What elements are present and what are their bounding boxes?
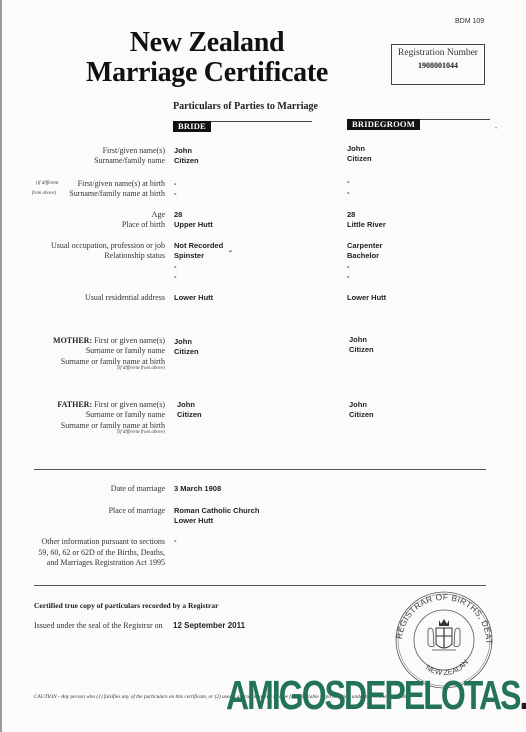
bride-column-header: BRIDE	[173, 121, 211, 132]
groom-first-names-birth: -	[347, 177, 350, 188]
groom-father-first: John	[349, 400, 367, 411]
watermark-part-1: AMIGOSDEPELOTAS	[226, 672, 520, 718]
label-father-surname: Surname or family name	[0, 410, 165, 421]
bride-first-names: John	[174, 146, 192, 157]
registration-box: Registration Number 1908001044	[391, 44, 485, 85]
groom-first-names: John	[347, 144, 365, 155]
groom-relationship-status: Bachelor	[347, 251, 379, 262]
father-heading: FATHER:	[57, 400, 92, 409]
certificate-title: New Zealand Marriage Certificate	[62, 28, 352, 88]
divider-marriage	[34, 469, 486, 470]
watermark: AMIGOSDEPELOTAS.COM	[226, 673, 526, 717]
father-note: (if different from above)	[0, 428, 165, 439]
bride-surname: Citizen	[174, 156, 199, 167]
label-date-of-marriage: Date of marriage	[0, 484, 165, 495]
title-line-1: New Zealand	[62, 28, 352, 58]
registration-label: Registration Number	[392, 48, 484, 58]
mark-dot: •	[495, 126, 497, 132]
bride-mother-first: John	[174, 337, 192, 348]
issued-date: 12 September 2011	[173, 621, 245, 630]
groom-mother-first: John	[349, 335, 367, 346]
place-of-marriage-line2: Lower Hutt	[174, 516, 213, 527]
groom-surname-birth: -	[347, 188, 350, 199]
mother-first-label: First or given name(s)	[94, 336, 165, 345]
place-of-marriage-line1: Roman Catholic Church	[174, 506, 259, 517]
mother-heading: MOTHER:	[53, 336, 92, 345]
label-surname: Surname/family name	[0, 156, 165, 167]
groom-age: 28	[347, 210, 355, 221]
groom-surname: Citizen	[347, 154, 372, 165]
title-line-2: Marriage Certificate	[62, 58, 352, 88]
divider-footer	[34, 585, 486, 586]
label-other-info-3: and Marriages Registration Act 1995	[0, 558, 165, 569]
groom-extra-1: -	[347, 262, 350, 273]
bride-place-of-birth: Upper Hutt	[174, 220, 213, 231]
label-place-of-marriage: Place of marriage	[0, 506, 165, 517]
bridegroom-column-header: BRIDEGROOM	[347, 119, 420, 130]
groom-mother-surname: Citizen	[349, 345, 374, 356]
issued-label: Issued under the seal of the Registrar o…	[34, 621, 163, 630]
groom-father-surname: Citizen	[349, 410, 374, 421]
label-father-first: FATHER: First or given name(s)	[0, 400, 165, 411]
bride-extra-2: -	[174, 272, 177, 283]
stray-mark: "	[229, 249, 232, 260]
label-occupation: Usual occupation, profession or job	[0, 241, 165, 252]
bride-relationship-status: Spinster	[174, 251, 204, 262]
watermark-part-2: .COM	[520, 672, 526, 718]
bride-extra-1: -	[174, 262, 177, 273]
groom-residential-address: Lower Hutt	[347, 293, 386, 304]
form-code: BDM 109	[455, 18, 484, 25]
date-of-marriage: 3 March 1908	[174, 484, 221, 495]
groom-extra-2: -	[347, 272, 350, 283]
label-other-info-1: Other information pursuant to sections	[0, 537, 165, 548]
bride-age: 28	[174, 210, 182, 221]
label-mother-surname: Surname or family name	[0, 346, 165, 357]
label-residential-address: Usual residential address	[0, 293, 165, 304]
bride-father-surname: Citizen	[177, 410, 202, 421]
bride-first-names-birth: -	[174, 179, 177, 190]
groom-occupation: Carpenter	[347, 241, 382, 252]
mother-note: (if different from above)	[0, 364, 165, 375]
bride-father-first: John	[177, 400, 195, 411]
label-mother-first: MOTHER: First or given name(s)	[0, 336, 165, 347]
other-info-value: -	[174, 536, 177, 547]
bride-occupation: Not Recorded	[174, 241, 223, 252]
section-title: Particulars of Parties to Marriage	[173, 101, 318, 112]
father-first-label: First or given name(s)	[94, 400, 165, 409]
label-other-info-2: 59, 60, 62 or 62D of the Births, Deaths,	[0, 548, 165, 559]
certified-statement: Certified true copy of particulars recor…	[34, 601, 218, 610]
bride-residential-address: Lower Hutt	[174, 293, 213, 304]
label-place-of-birth: Place of birth	[0, 220, 165, 231]
groom-place-of-birth: Little River	[347, 220, 386, 231]
label-surname-birth: Surname/family name at birth	[0, 189, 165, 200]
bride-mother-surname: Citizen	[174, 347, 199, 358]
bride-surname-birth: -	[174, 189, 177, 200]
label-age: Age	[0, 210, 165, 221]
label-first-names-birth: First/given name(s) at birth	[0, 179, 165, 190]
registration-number: 1908001044	[392, 61, 484, 70]
label-first-names: First/given name(s)	[0, 146, 165, 157]
label-relationship-status: Relationship status	[0, 251, 165, 262]
